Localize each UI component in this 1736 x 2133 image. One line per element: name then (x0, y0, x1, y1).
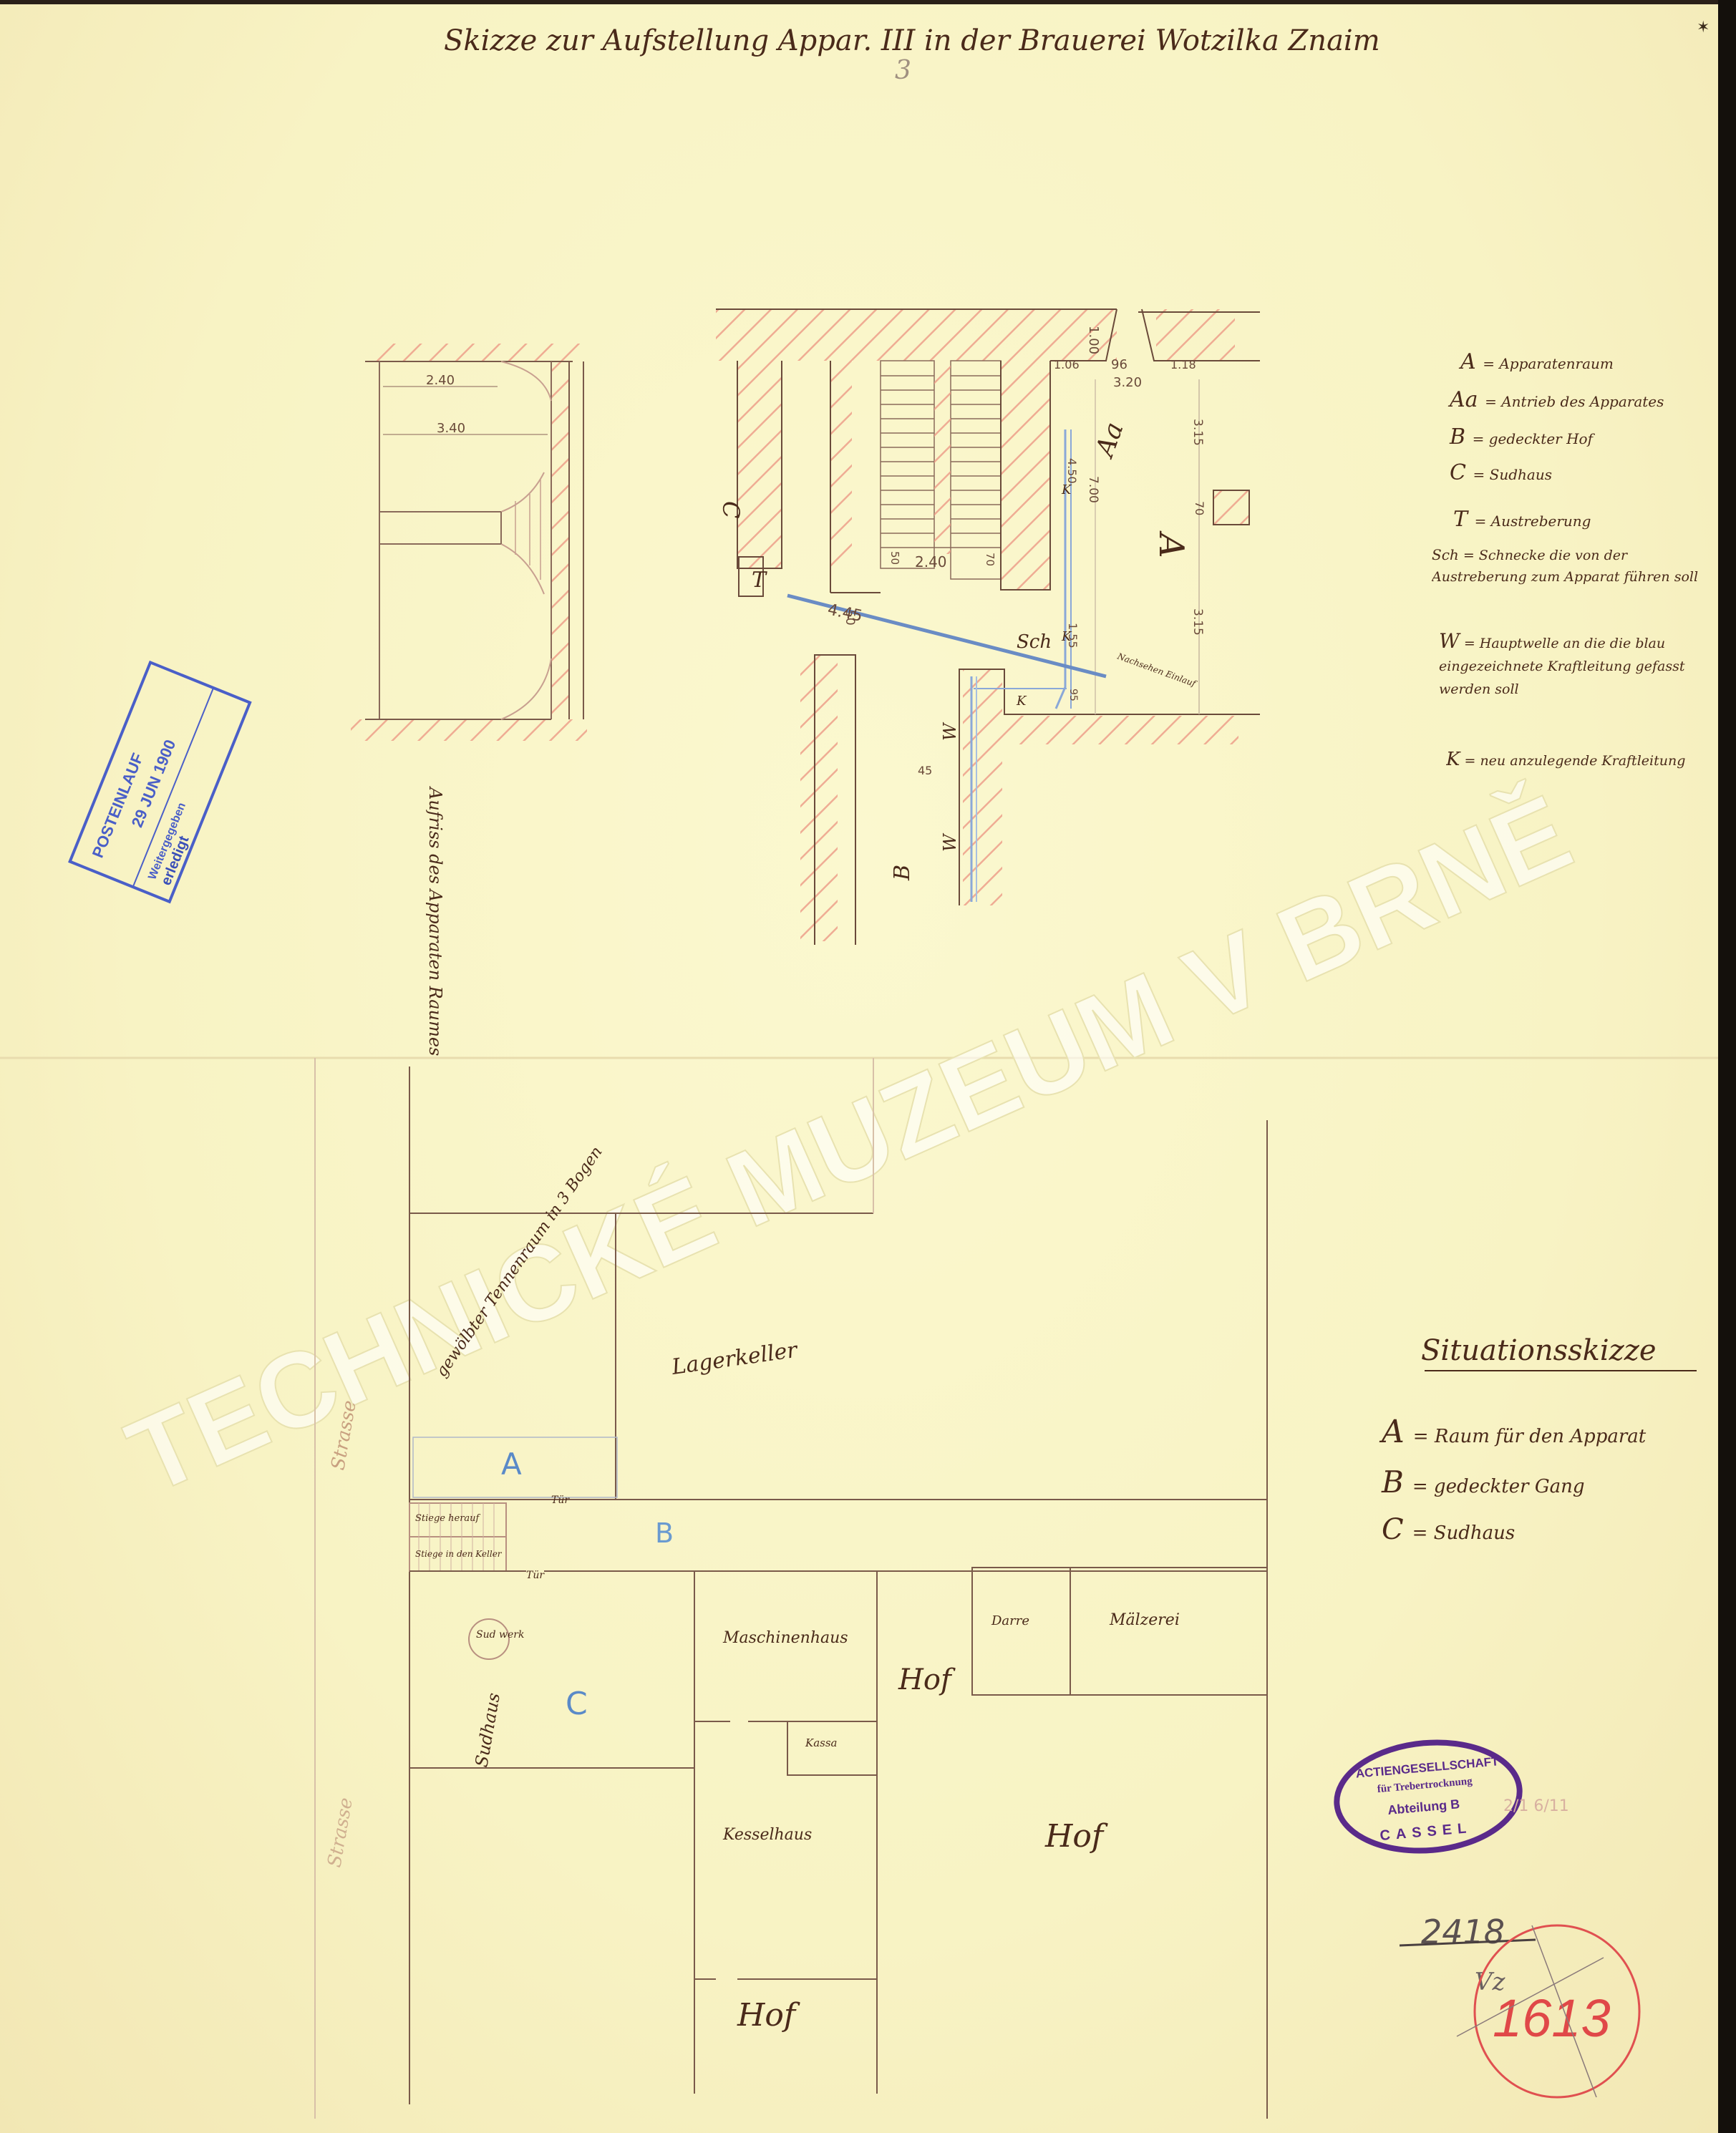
site-label-B: B (655, 1517, 674, 1549)
label-hof-1: Hof (898, 1663, 956, 1696)
archive-number: 2418 (1421, 1913, 1505, 1951)
svg-text:B = gedeckter Hof: B = gedeckter Hof (1449, 424, 1596, 450)
detail-floor-plan (716, 309, 1260, 945)
label-C: C (717, 501, 745, 518)
label-tuer-1: Tür (551, 1495, 570, 1506)
site-legend-key-C: C (1382, 1513, 1404, 1546)
label-A: A (1151, 530, 1191, 558)
elevation-drawing: 2.40 3.40 (351, 344, 587, 741)
site-legend-key-A: A (1379, 1414, 1405, 1450)
company-stamp-line1: ACTIENGESELLSCHAFT (1355, 1754, 1500, 1780)
watermark: TECHNICKÉ MUZEUM V BRNĚ (111, 772, 1588, 1517)
legend-top: A = Apparatenraum Aa = Antrieb des Appar… (1432, 349, 1711, 812)
dim-k-upper: 4.50 (1065, 458, 1079, 484)
legend-key-W: W (1439, 630, 1460, 653)
dim-stair-width: 2.40 (915, 553, 947, 570)
label-K-3: K (1016, 694, 1027, 709)
dim-stair-left: 50 (888, 551, 901, 565)
title-fraction-denominator: 3 (895, 56, 911, 85)
label-hof-2: Hof (1044, 1818, 1108, 1855)
svg-text:C = Sudhaus: C = Sudhaus (1450, 460, 1552, 485)
elevation-label: Aufriss des Apparaten Raumes (425, 786, 445, 1056)
svg-text:A= Raum für den Apparat: A= Raum für den Apparat (1379, 1414, 1647, 1450)
label-W-2: W (940, 832, 960, 852)
dim-left-of-door: 1.06 (1054, 358, 1080, 371)
legend-text-W: = Hauptwelle an die die blau eingezeichn… (1439, 636, 1684, 697)
note-nachsehen-einlauf: Nachsehen Einlauf (1115, 651, 1198, 689)
site-label-C: C (566, 1686, 588, 1722)
dim-stair-right: 70 (984, 553, 996, 566)
dim-right-upper: 3.15 (1191, 419, 1205, 446)
site-plan-legend: Situationsskizze A= Raum für den Apparat… (1379, 1334, 1697, 1546)
company-stamp-line4: CASSEL (1379, 1820, 1473, 1844)
label-Sch: Sch (1017, 631, 1052, 653)
label-stiege-keller: Stiege in den Keller (415, 1549, 503, 1559)
legend-key-Sch: Sch (1432, 546, 1459, 563)
label-sudwerk: Sud werk (476, 1629, 524, 1641)
elevation-dim-2-40: 2.40 (426, 373, 455, 388)
title: Skizze zur Aufstellung Appar. III in der… (444, 24, 1380, 85)
room-label-kassa: Kassa (805, 1736, 838, 1749)
corner-mark-icon: ✶ (1697, 18, 1710, 36)
svg-text:Aa = Antrieb des Apparates: Aa = Antrieb des Apparates (1448, 387, 1664, 412)
elevation-dim-3-40: 3.40 (437, 421, 465, 436)
room-label-darre: Darre (991, 1613, 1029, 1628)
label-B: B (890, 865, 915, 881)
legend-key-K: K (1446, 749, 1460, 770)
dim-right-lower: 3.15 (1191, 608, 1205, 636)
post-received-stamp: POSTEINLAUF 29 JUN 1900 Weitergegeben er… (70, 662, 250, 901)
label-K-1: K (1061, 482, 1072, 497)
dim-k-bottom: 95 (1067, 689, 1079, 701)
room-label-maelzerei: Mälzerei (1109, 1611, 1180, 1629)
svg-text:A = Apparatenraum: A = Apparatenraum (1458, 349, 1614, 374)
title-text: Skizze zur Aufstellung Appar. III in der… (444, 24, 1380, 57)
room-label-sudhaus: Sudhaus (471, 1691, 504, 1769)
company-stamp: ACTIENGESELLSCHAFT für Trebertrocknung A… (1332, 1735, 1524, 1858)
detail-plan-labels: 1.00 1.06 96 1.18 3.20 3.15 70 3.15 4.50… (717, 326, 1206, 881)
site-plan-heading: Situationsskizze (1421, 1334, 1657, 1367)
drawing-canvas: Skizze zur Aufstellung Appar. III in der… (0, 0, 1736, 2133)
site-legend-key-B: B (1381, 1464, 1404, 1500)
legend-text-K: = neu anzulegende Kraftleitung (1464, 753, 1685, 769)
label-T: T (752, 568, 767, 593)
dim-shaft-gap: 45 (918, 764, 932, 777)
label-K-2: K (1061, 629, 1072, 644)
site-legend-text-C: = Sudhaus (1412, 1522, 1516, 1544)
company-stamp-line3: Abteilung B (1387, 1797, 1460, 1817)
site-label-A: A (501, 1447, 522, 1482)
room-label-lagerkeller: Lagerkeller (669, 1337, 800, 1380)
label-hof-3: Hof (737, 1997, 800, 2034)
legend-text-Sch: = Schnecke die von der Austreberung zum … (1432, 548, 1698, 585)
red-inventory-number: 1613 (1493, 1988, 1611, 2048)
dim-right-of-door: 1.18 (1170, 358, 1196, 371)
dim-room-length: 7.00 (1086, 476, 1100, 503)
dim-pillar: 70 (1193, 501, 1206, 515)
dim-room-width: 3.20 (1113, 375, 1142, 390)
label-stiege-herauf: Stiege herauf (415, 1513, 481, 1524)
room-label-kesselhaus: Kesselhaus (722, 1826, 812, 1844)
archive-numbers: 2418 Vz 1613 (1400, 1913, 1639, 2097)
label-W-1: W (940, 721, 960, 741)
site-legend-text-B: = gedeckter Gang (1412, 1476, 1585, 1497)
company-stamp-line2: für Trebertrocknung (1377, 1776, 1473, 1796)
svg-text:B= gedeckter Gang: B= gedeckter Gang (1381, 1464, 1585, 1500)
dim-door-wall: 1.00 (1086, 326, 1101, 354)
dim-screw-length: 4.45 (826, 601, 864, 626)
pencil-note: 2/1 6/11 (1503, 1797, 1569, 1815)
room-label-maschinenhaus: Maschinenhaus (722, 1629, 848, 1647)
label-strasse-2: Strasse (324, 1796, 357, 1869)
dim-door: 96 (1111, 357, 1128, 372)
svg-text:C= Sudhaus: C= Sudhaus (1382, 1513, 1515, 1546)
label-tuer-2: Tür (526, 1570, 545, 1581)
svg-text:T = Austreberung: T = Austreberung (1453, 507, 1591, 532)
site-legend-text-A: = Raum für den Apparat (1413, 1426, 1647, 1447)
